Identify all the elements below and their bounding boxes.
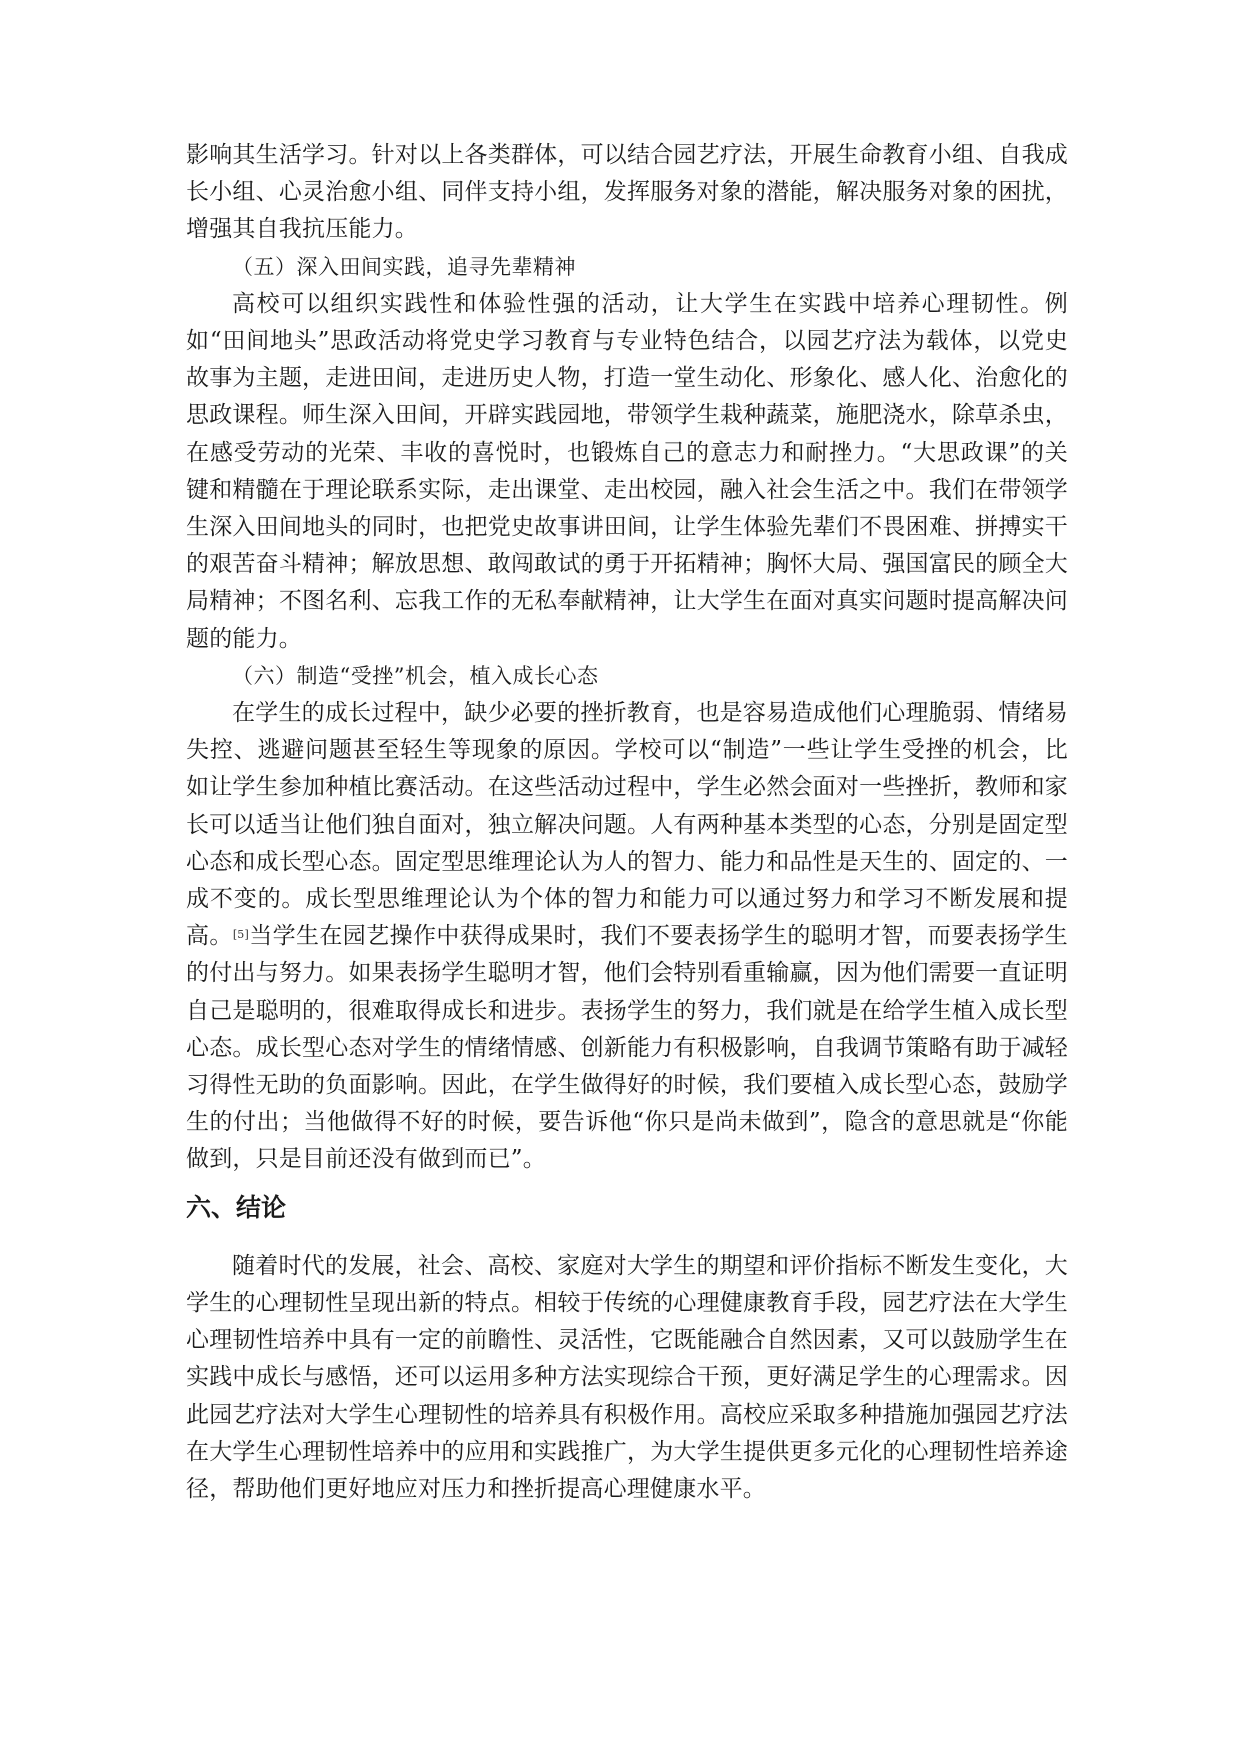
paragraph-continuation: 影响其生活学习。针对以上各类群体，可以结合园艺疗法，开展生命教育小组、自我成长小…: [186, 137, 1068, 249]
paragraph-text-after-citation: 当学生在园艺操作中获得成果时，我们不要表扬学生的聪明才智，而要表扬学生的付出与努…: [186, 923, 1068, 1172]
citation-reference[interactable]: [5]: [233, 928, 249, 941]
paragraph-field-practice: 高校可以组织实践性和体验性强的活动，让大学生在实践中培养心理韧性。例如“田间地头…: [186, 286, 1068, 658]
paragraph-conclusion: 随着时代的发展，社会、高校、家庭对大学生的期望和评价指标不断发生变化，大学生的心…: [186, 1248, 1068, 1508]
subsection-heading-5: （五）深入田间实践，追寻先辈精神: [186, 249, 1068, 286]
document-page: 影响其生活学习。针对以上各类群体，可以结合园艺疗法，开展生命教育小组、自我成长小…: [186, 137, 1068, 1508]
section-heading-conclusion: 六、结论: [186, 1188, 1068, 1248]
paragraph-text-before-citation: 在学生的成长过程中，缺少必要的挫折教育，也是容易造成他们心理脆弱、情绪易失控、逃…: [186, 700, 1068, 949]
subsection-heading-6: （六）制造“受挫”机会，植入成长心态: [186, 658, 1068, 695]
paragraph-growth-mindset: 在学生的成长过程中，缺少必要的挫折教育，也是容易造成他们心理脆弱、情绪易失控、逃…: [186, 695, 1068, 1179]
